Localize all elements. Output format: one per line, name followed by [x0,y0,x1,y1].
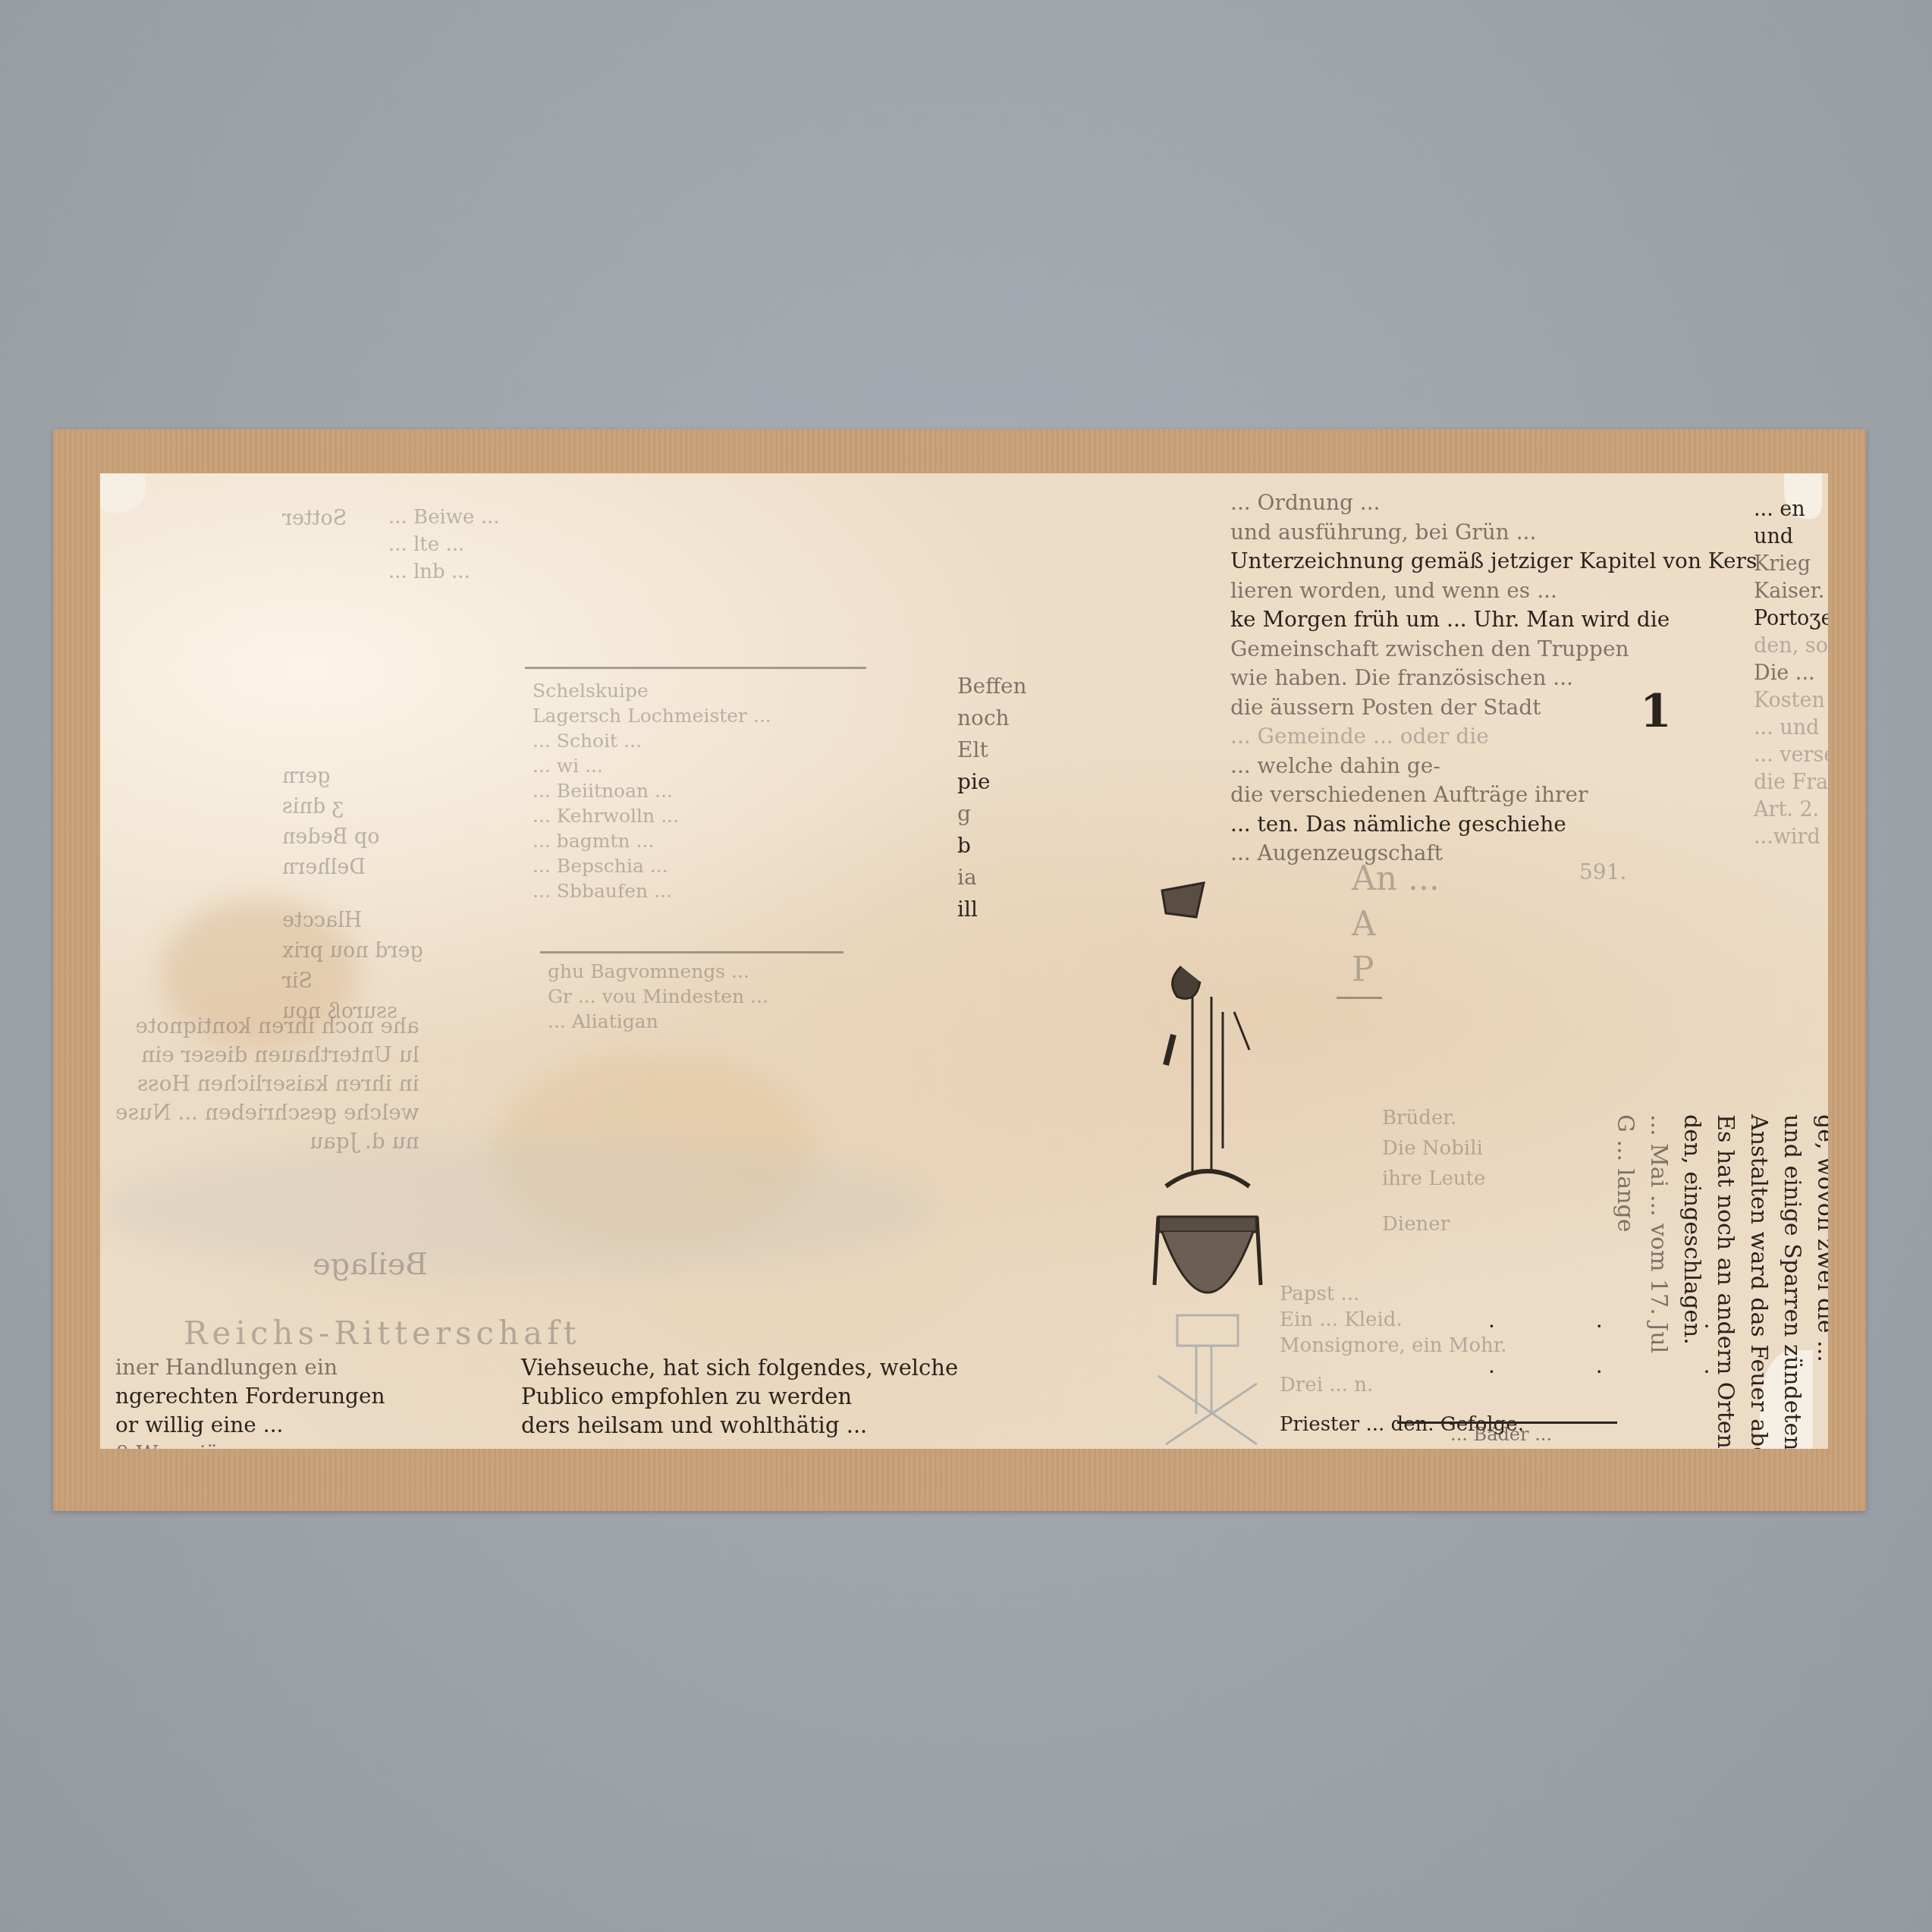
grey-bleed [100,1141,935,1277]
bottom-right-table: Papst ... Ein ... Kleid. Monsignore, ein… [1280,1281,1524,1437]
center-box-footer: ghu Bagvomnengs ... Gr ... vou Mindesten… [548,959,768,1034]
table-row-labels: Brüder. Die Nobili ihre Leute Diener [1382,1103,1485,1239]
large-capitals: An ... A P [1352,856,1440,993]
far-right-column: ... en und Krieg Kaiser. Portoʒe den, so… [1754,496,1828,851]
narrow-strip-text: Beffen noch Elt pie g b ia ill [957,671,1027,925]
top-right-paragraph: ... Ordnung ... und ausführung, bei Grün… [1230,488,1757,869]
beilage-heading-mirrored: Beilage [313,1247,428,1282]
ornament-drawing-icon [1151,792,1264,1449]
reichs-heading-faint: Reichs-Ritterschaft [184,1315,581,1352]
rotated-column: ... einem Gewitte ge, wovon zwei die ...… [1608,1114,1828,1449]
aged-newspaper-collage: Sotter gern ʒ dnis op Beden Delhern Hlac… [100,473,1828,1449]
kraft-paper-mount: Sotter gern ʒ dnis op Beden Delhern Hlac… [53,429,1866,1511]
mirrored-text-left-mid: ahe noch ihren kontiqnote lu Unterthauen… [115,1012,419,1156]
faint-text-top-center: ... Beiwe ... ... lte ... ... lnb ... [388,504,500,586]
rule-top [525,667,866,669]
large-numeral-glyph: 1 [1640,686,1672,738]
rule-bottom [540,951,843,953]
double-rule [1337,997,1382,999]
center-box-text: Schelskuipe Lagersch Lochmeister ... ...… [532,678,771,903]
column-ornament [1151,792,1264,1449]
bottom-left-text: iner Handlungen ein ngerechten Forderung… [115,1353,385,1449]
torn-corner-top-left [100,473,146,513]
table-last-line: ... Bäder ... [1450,1425,1552,1446]
viehseuche-paragraph: Viehseuche, hat sich folgendes, welche P… [521,1353,958,1440]
page-marker: 591. [1579,860,1626,884]
